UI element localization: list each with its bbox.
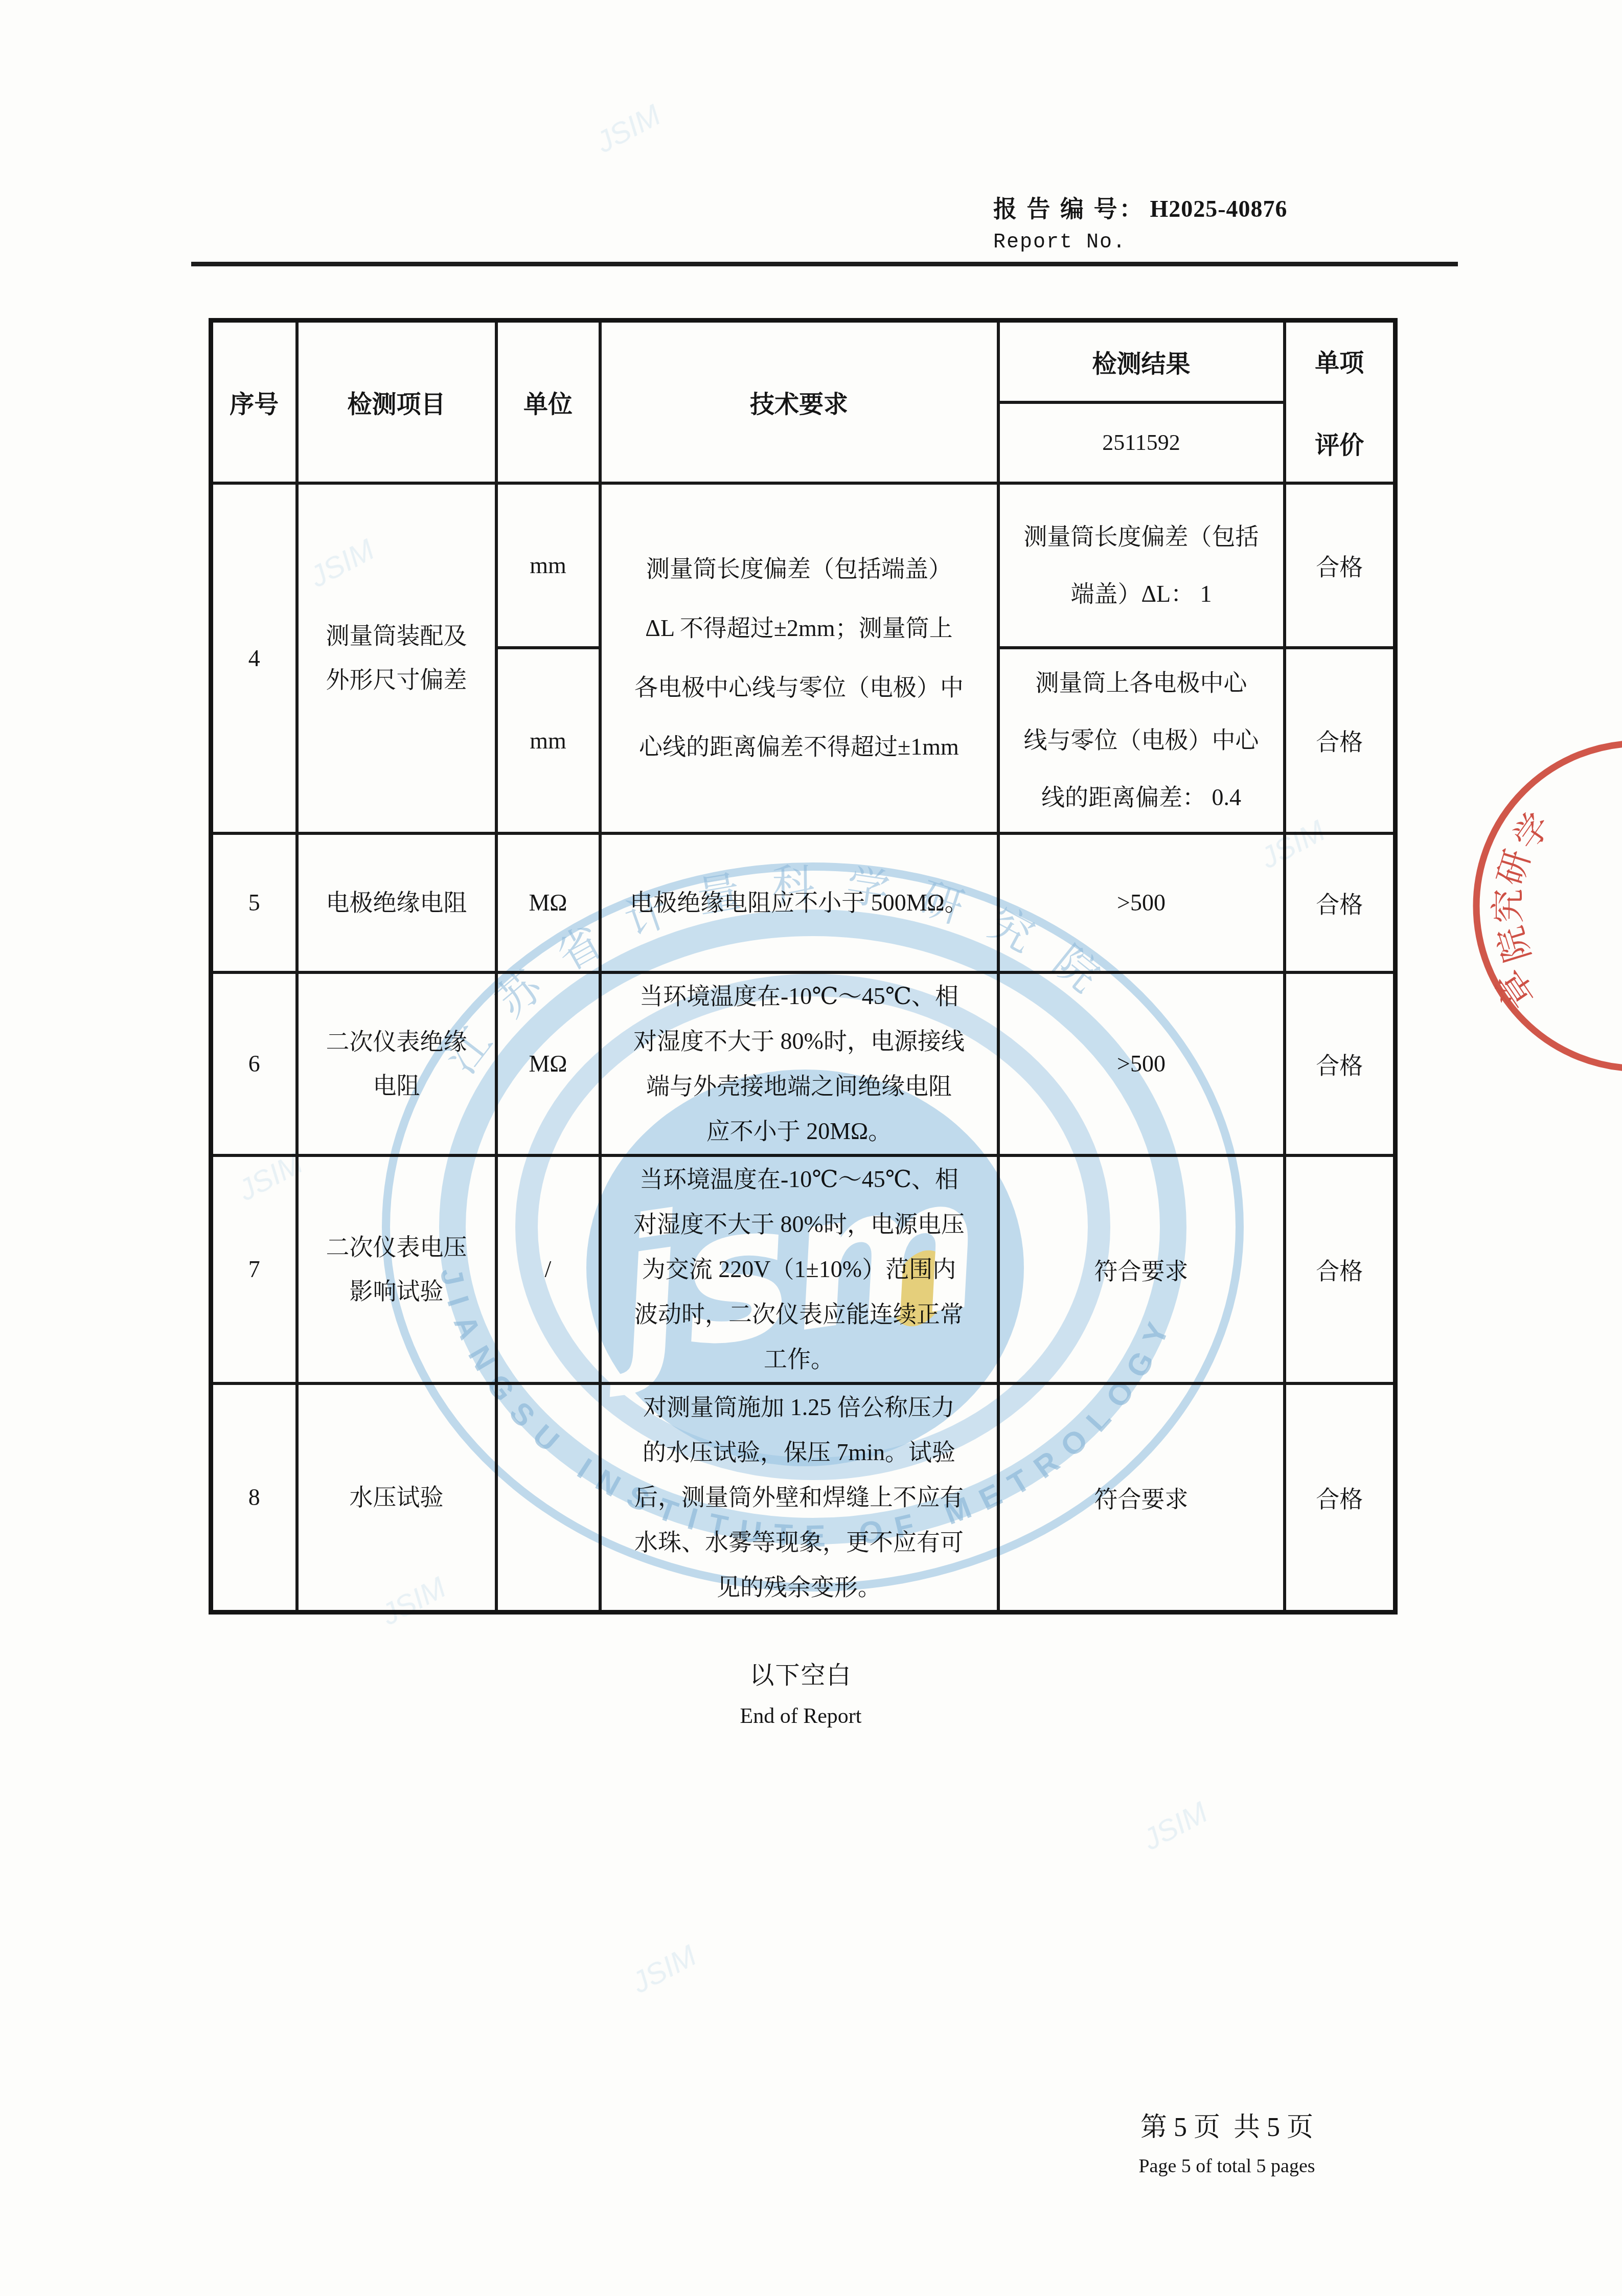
row4-item: 测量筒装配及 外形尺寸偏差 — [297, 483, 496, 833]
row4-tech: 测量筒长度偏差（包括端盖） ΔL 不得超过±2mm；测量筒上 各电极中心线与零位… — [600, 483, 998, 833]
col-header-eval: 单项 评价 — [1285, 321, 1396, 483]
row5-eval: 合格 — [1285, 833, 1396, 972]
red-seal-fragment: 学 研 究 院 章 — [1476, 743, 1622, 1069]
row7-item: 二次仪表电压 影响试验 — [297, 1155, 496, 1383]
end-of-report-block: 以下空白 End of Report — [209, 1655, 1393, 1729]
end-blank-en: End of Report — [209, 1704, 1393, 1729]
row5-no: 5 — [211, 833, 297, 972]
row6-item: 二次仪表绝缘 电阻 — [297, 972, 496, 1155]
row8-result: 符合要求 — [998, 1383, 1285, 1612]
report-number-block: 报 告 编 号：H2025-40876 Report No. — [993, 190, 1288, 254]
row4-eval-2: 合格 — [1285, 648, 1396, 833]
row6-eval: 合格 — [1285, 972, 1396, 1155]
row4-unit-2: mm — [496, 648, 600, 833]
col-header-unit: 单位 — [496, 321, 600, 483]
row4-no: 4 — [211, 483, 297, 833]
svg-text:JSIM: JSIM — [1137, 1795, 1214, 1857]
row4-result-1: 测量筒长度偏差（包括 端盖）ΔL： 1 — [998, 483, 1285, 648]
svg-text:章: 章 — [1488, 961, 1544, 1016]
row8-no: 8 — [211, 1383, 297, 1612]
sample-number-cell: 2511592 — [998, 402, 1285, 483]
row4-eval-1: 合格 — [1285, 483, 1396, 648]
svg-text:学: 学 — [1506, 806, 1558, 856]
report-no-label-cn: 报 告 编 号： — [993, 196, 1145, 222]
row6-result: >500 — [998, 972, 1285, 1155]
page-number-cn: 第 5 页 共 5 页 — [1073, 2105, 1380, 2144]
svg-text:研: 研 — [1491, 845, 1538, 890]
svg-text:院: 院 — [1491, 922, 1538, 966]
header-rule — [191, 262, 1458, 266]
col-header-eval-line2: 评价 — [1315, 425, 1364, 461]
test-results-table: 序号 检测项目 单位 技术要求 检测结果 单项 评价 2511592 4 测量筒… — [209, 318, 1398, 1615]
row5-item: 电极绝缘电阻 — [297, 833, 496, 972]
svg-text:JSIM: JSIM — [626, 1939, 702, 2000]
row8-eval: 合格 — [1285, 1383, 1396, 1612]
row5-result: >500 — [998, 833, 1285, 972]
svg-text:JSIM: JSIM — [590, 98, 667, 160]
report-no-label-en: Report No. — [993, 231, 1288, 254]
svg-text:究: 究 — [1489, 889, 1528, 923]
row8-tech: 对测量筒施加 1.25 倍公称压力 的水压试验，保压 7min。试验 后，测量筒… — [600, 1383, 998, 1612]
row4-unit-1: mm — [496, 483, 600, 648]
row7-eval: 合格 — [1285, 1155, 1396, 1383]
row7-no: 7 — [211, 1155, 297, 1383]
report-no-value: H2025-40876 — [1150, 196, 1288, 222]
row6-tech: 当环境温度在-10℃～45℃、相 对湿度不大于 80%时，电源接线 端与外壳接地… — [600, 972, 998, 1155]
page-number-block: 第 5 页 共 5 页 Page 5 of total 5 pages — [1073, 2105, 1380, 2177]
row6-unit: MΩ — [496, 972, 600, 1155]
row7-unit: / — [496, 1155, 600, 1383]
row5-tech: 电极绝缘电阻应不小于 500MΩ。 — [600, 833, 998, 972]
row8-unit — [496, 1383, 600, 1612]
row6-no: 6 — [211, 972, 297, 1155]
row8-item: 水压试验 — [297, 1383, 496, 1612]
row7-result: 符合要求 — [998, 1155, 1285, 1383]
col-header-no: 序号 — [211, 321, 297, 483]
end-blank-cn: 以下空白 — [209, 1655, 1393, 1691]
col-header-eval-line1: 单项 — [1315, 343, 1364, 378]
row5-unit: MΩ — [496, 833, 600, 972]
col-header-result: 检测结果 — [998, 321, 1285, 402]
page-number-en: Page 5 of total 5 pages — [1073, 2155, 1380, 2177]
report-page: 报 告 编 号：H2025-40876 Report No. 序号 检测项目 单… — [0, 0, 1622, 2296]
row4-result-2: 测量筒上各电极中心 线与零位（电极）中心 线的距离偏差： 0.4 — [998, 648, 1285, 833]
col-header-tech: 技术要求 — [600, 321, 998, 483]
row7-tech: 当环境温度在-10℃～45℃、相 对湿度不大于 80%时，电源电压 为交流 22… — [600, 1155, 998, 1383]
col-header-item: 检测项目 — [297, 321, 496, 483]
